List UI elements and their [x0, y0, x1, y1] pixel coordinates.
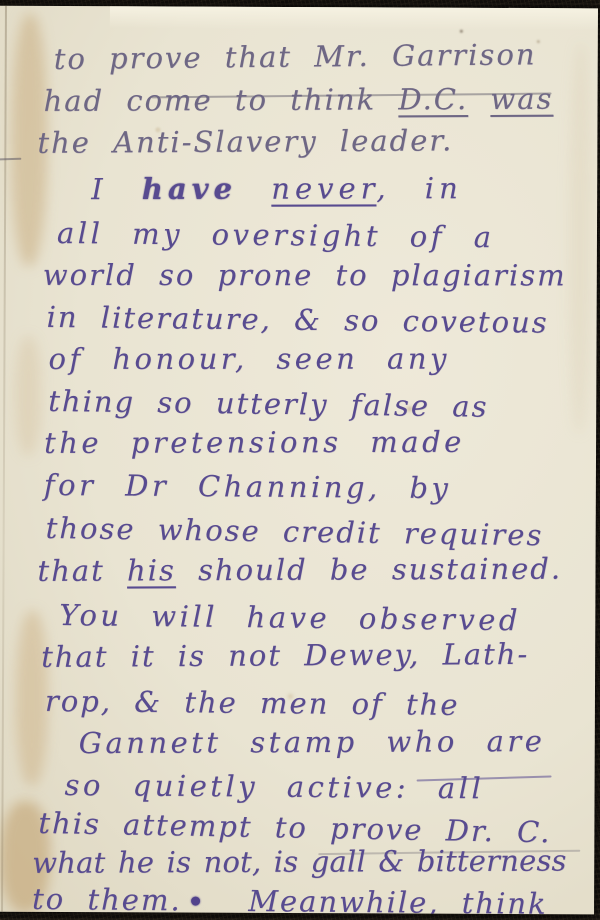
manuscript-line-12: those whose credit requires [45, 511, 543, 552]
photo-background-fabric: to prove that Mr. Garrison had come to t… [0, 0, 600, 920]
manuscript-line-21: to them. Meanwhile, think [32, 882, 548, 914]
text-segment: those whose credit requires [45, 511, 543, 552]
text-segment: that it is not Dewey, Lath- [41, 637, 529, 674]
manuscript-line-11: for Dr Channing, by [44, 468, 452, 505]
manuscript-line-1: to prove that Mr. Garrison [54, 37, 537, 76]
manuscript-line-5: all my oversight of a [57, 216, 495, 254]
manuscript-line-19: this attempt to prove Dr. C. [38, 806, 552, 849]
text-segment: Gannett stamp who are [79, 724, 546, 760]
manuscript-line-20: what he is not, is gall & bitterness [32, 844, 566, 880]
manuscript-line-16: rop, & the men of the [45, 684, 460, 722]
text-segment: so quietly active: all [64, 768, 484, 805]
manuscript-line-7: in literature, & so covetous [46, 300, 548, 340]
text-segment: should be sustained. [176, 552, 562, 588]
text-segment [468, 82, 490, 116]
text-segment: , in [376, 171, 462, 205]
blotted-word-have: have [142, 172, 237, 206]
text-segment: to prove that Mr. Garrison [54, 37, 537, 76]
manuscript-line-18: so quietly active: all [64, 768, 484, 805]
text-segment: that [37, 553, 127, 587]
manuscript-line-15: that it is not Dewey, Lath- [41, 637, 529, 674]
manuscript-line-10: the pretensions made [44, 425, 465, 460]
text-segment: in literature, & so covetous [46, 300, 548, 340]
manuscript-line-14: You will have observed [59, 598, 521, 637]
manuscript-line-8: of honour, seen any [48, 342, 449, 376]
text-segment: to [32, 882, 88, 914]
letter-paper-sheet: to prove that Mr. Garrison had come to t… [0, 6, 598, 915]
paper-surface: to prove that Mr. Garrison had come to t… [0, 6, 598, 915]
manuscript-line-6: world so prone to plagiarism [43, 258, 567, 292]
underlined-word-them: them [87, 882, 170, 914]
underlined-word-dc: D.C. [398, 82, 468, 116]
manuscript-line-3: the Anti-Slavery leader. [37, 123, 453, 160]
manuscript-line-2: had come to think D.C. was [43, 82, 553, 118]
manuscript-line-9: thing so utterly false as [48, 384, 489, 424]
text-segment: world so prone to plagiarism [43, 258, 567, 292]
text-segment: had come to think [43, 82, 398, 118]
underlined-word-his: his [127, 553, 176, 587]
underlined-word-was: was [490, 82, 553, 116]
text-segment: rop, & the men of the [45, 684, 460, 722]
manuscript-line-13: that his should be sustained. [37, 552, 562, 588]
text-segment: what he is not, is gall & bitterness [32, 844, 566, 880]
manuscript-line-4: I have never, in [91, 171, 463, 206]
text-segment: the Anti-Slavery leader. [37, 123, 453, 160]
text-segment: thing so utterly false as [48, 384, 489, 424]
underlined-word-never: never [271, 171, 376, 205]
text-segment: all my oversight of a [57, 216, 495, 254]
text-segment: this attempt to prove Dr. C. [38, 806, 552, 849]
text-segment: the pretensions made [44, 425, 465, 460]
manuscript-text: to prove that Mr. Garrison had come to t… [0, 6, 598, 915]
text-segment: I [91, 172, 142, 206]
text-segment: You will have observed [59, 598, 521, 637]
text-segment [237, 172, 271, 206]
text-segment: for Dr Channing, by [44, 468, 452, 505]
text-segment: of honour, seen any [48, 342, 449, 376]
text-segment: . Meanwhile, think [170, 883, 548, 914]
manuscript-line-17: Gannett stamp who are [79, 724, 546, 760]
